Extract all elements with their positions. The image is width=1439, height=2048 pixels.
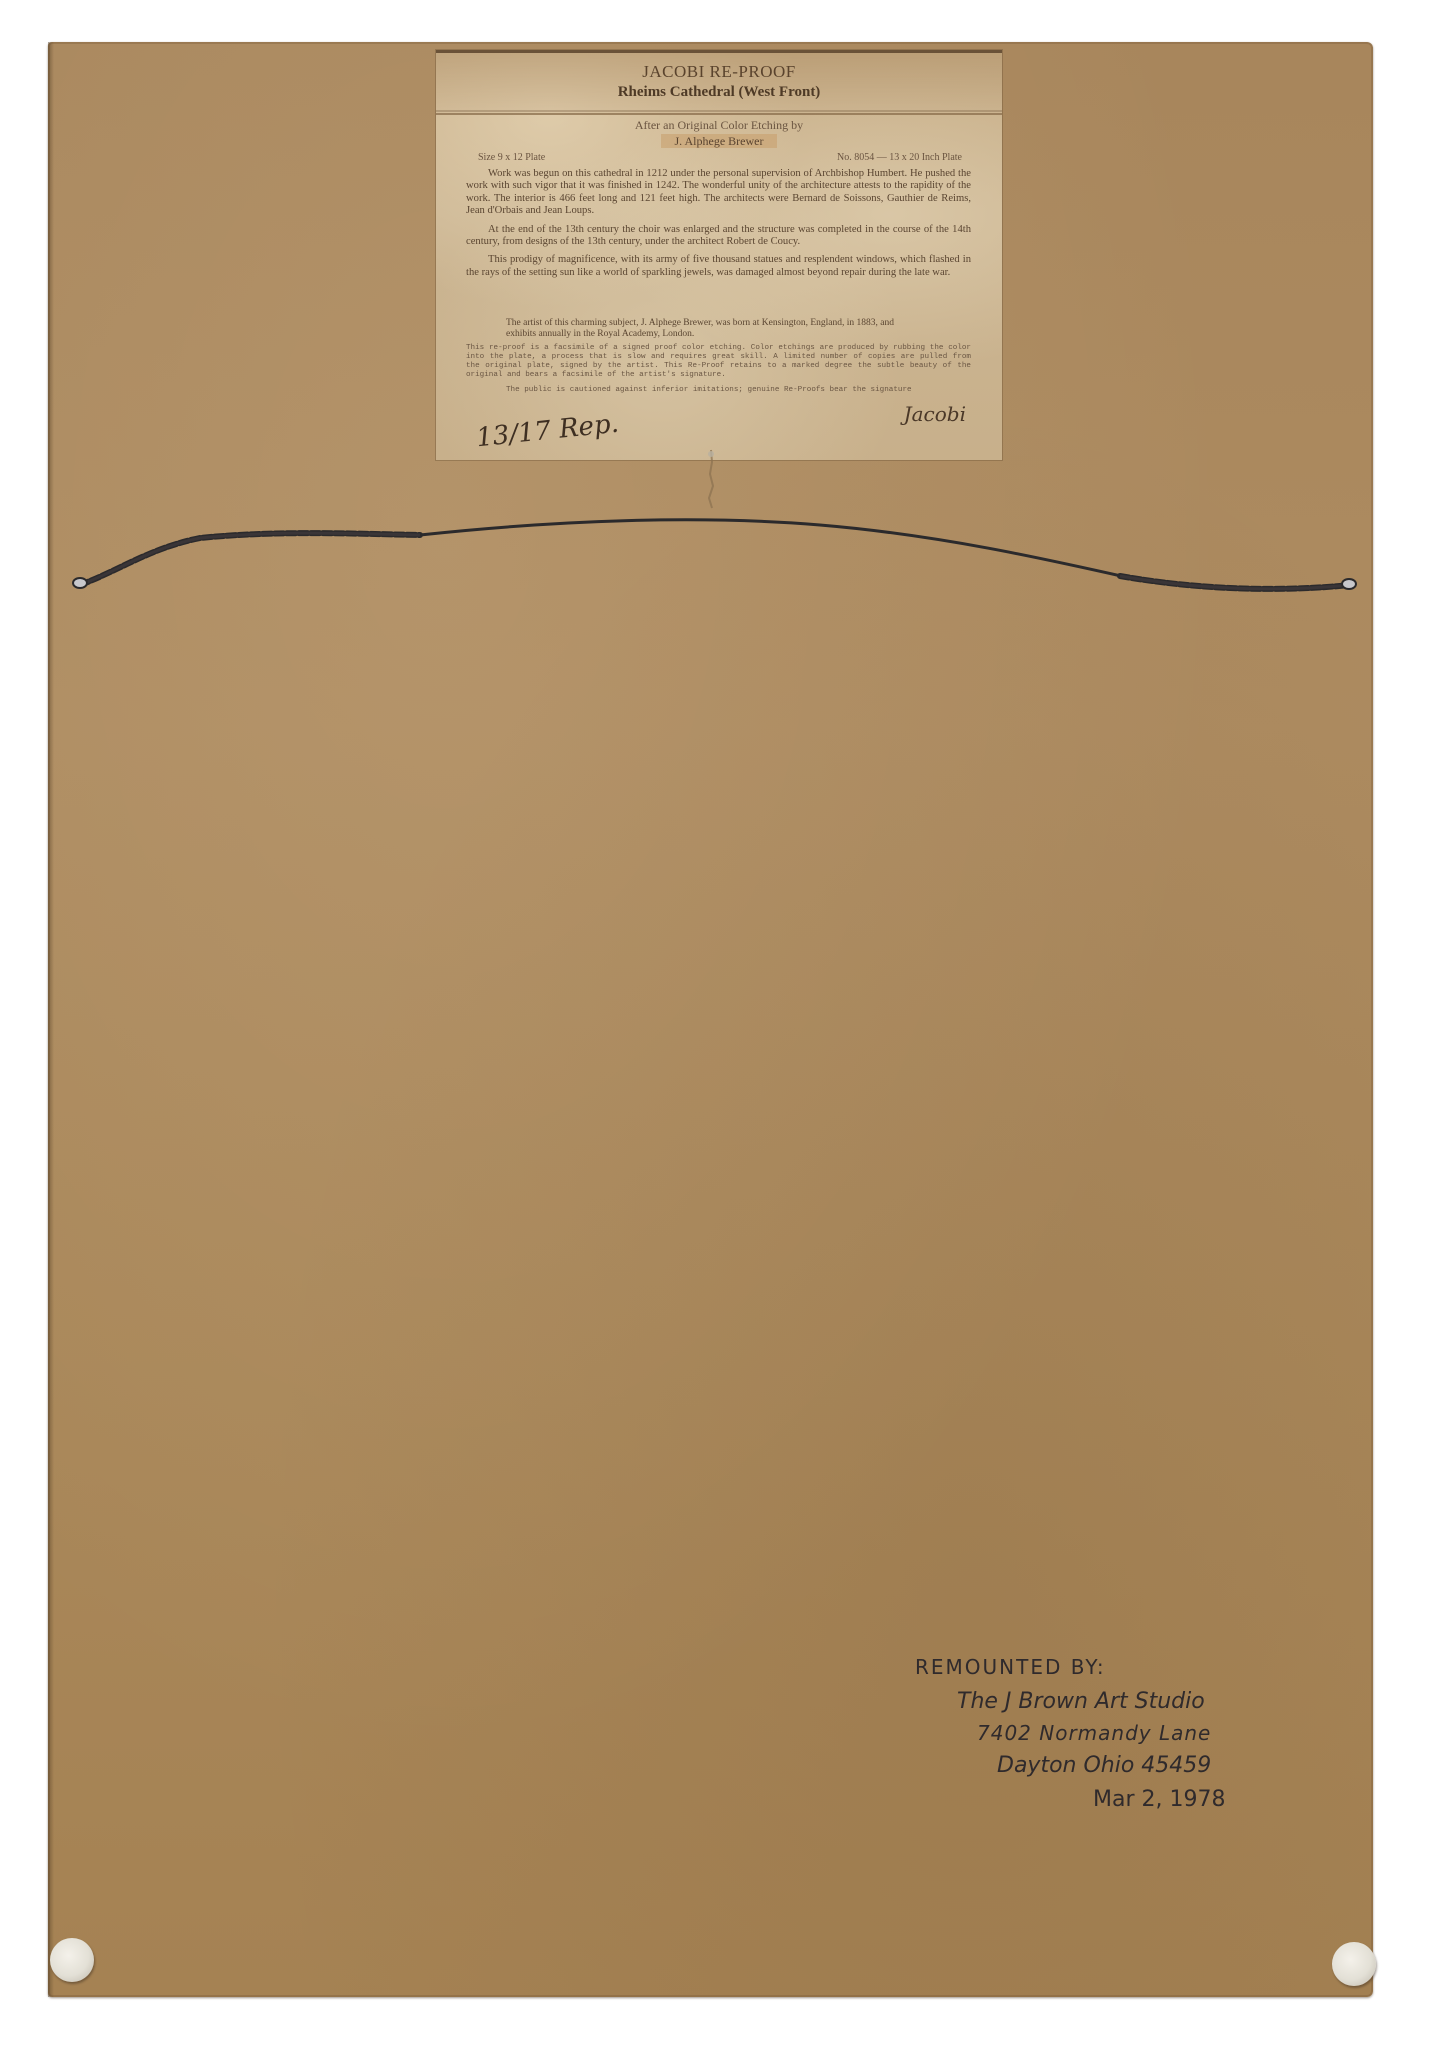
backing-edge-shadow — [48, 42, 54, 1997]
label-caution: The public is cautioned against inferior… — [506, 386, 946, 394]
label-plate-size: Size 9 x 12 Plate — [478, 152, 545, 163]
label-artist-name: J. Alphege Brewer — [661, 134, 778, 148]
label-tear-line — [436, 110, 1002, 112]
label-subtitle: Rheims Cathedral (West Front) — [436, 84, 1002, 101]
label-paragraph: At the end of the 13th century the choir… — [466, 224, 971, 249]
label-title-band — [436, 50, 1002, 115]
label-artist: J. Alphege Brewer — [436, 134, 1002, 149]
remount-heading: REMOUNTED BY: — [915, 1655, 1106, 1679]
label-fine-print: This re-proof is a facsimile of a signed… — [466, 344, 971, 380]
label-paragraph: Work was begun on this cathedral in 1212… — [466, 168, 971, 218]
remount-date: Mar 2, 1978 — [1093, 1787, 1225, 1812]
label-title: JACOBI RE-PROOF — [436, 62, 1002, 82]
label-after-line: After an Original Color Etching by — [436, 118, 1002, 133]
label-signature: Jacobi — [904, 402, 966, 426]
label-description: Work was begun on this cathedral in 1212… — [466, 168, 971, 285]
bumper-pad-left — [50, 1938, 94, 1982]
label-paragraph: This prodigy of magnificence, with its a… — [466, 254, 971, 279]
nail-hole-mark — [704, 448, 718, 510]
remount-studio: The J Brown Art Studio — [957, 1689, 1205, 1714]
handwritten-reference: 13/17 Rep. — [475, 409, 620, 454]
remount-city: Dayton Ohio 45459 — [997, 1753, 1211, 1778]
remount-street: 7402 Normandy Lane — [977, 1721, 1211, 1745]
jacobi-reproof-label: JACOBI RE-PROOF Rheims Cathedral (West F… — [436, 50, 1002, 460]
label-plate-number: No. 8054 — 13 x 20 Inch Plate — [837, 152, 962, 163]
bumper-pad-right — [1332, 1942, 1376, 1986]
label-artist-note: The artist of this charming subject, J. … — [506, 318, 926, 340]
